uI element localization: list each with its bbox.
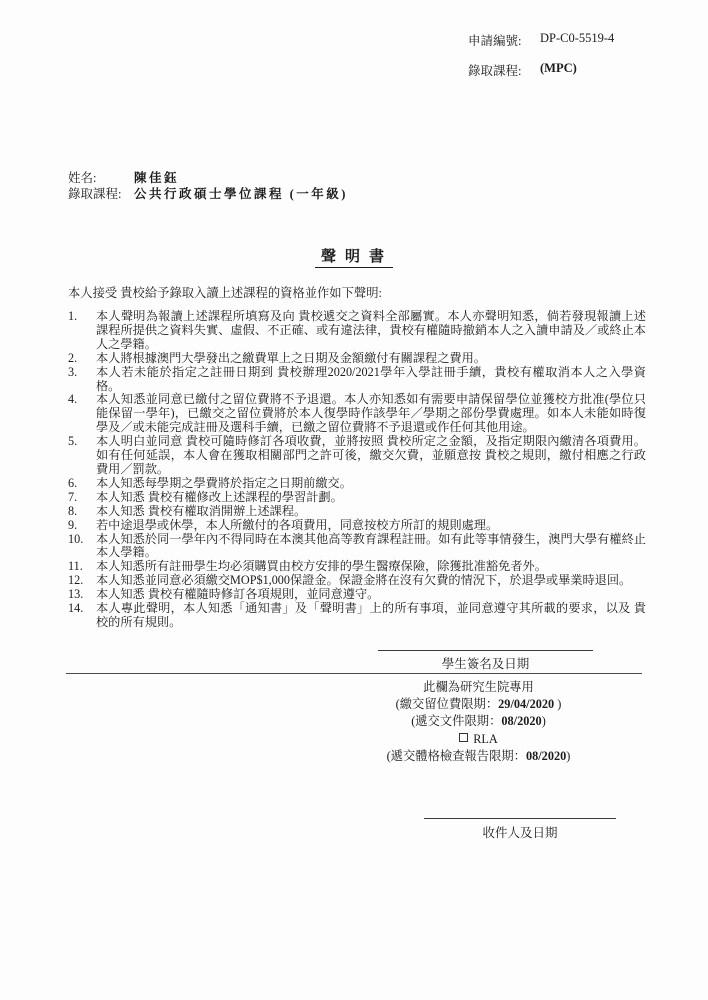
declaration-document-page: 申請編號: DP-C0-5519-4 錄取課程: (MPC) 姓名: 陳佳鈺 錄… <box>0 0 708 1000</box>
student-program-value: 公共行政碩士學位課程 (一年級) <box>134 187 348 203</box>
admitted-program-row: 錄取課程: (MPC) <box>468 61 614 79</box>
deposit-deadline-label: (繳交留位費限期： <box>396 697 498 711</box>
student-program-label: 錄取課程: <box>68 187 134 203</box>
document-title: 聲明書 <box>315 245 393 268</box>
declaration-item: 14. 本人專此聲明，本人知悉「通知書」及「聲明書」上的所有事項，並同意遵守其所… <box>68 602 646 630</box>
admitted-program-value: (MPC) <box>540 61 577 79</box>
documents-deadline-label: (遞交文件限期： <box>411 714 501 728</box>
item-number: 4. <box>68 393 96 435</box>
item-text: 本人知悉每學期之學費將於指定之日期前繳交。 <box>96 477 646 491</box>
student-program-row: 錄取課程: 公共行政碩士學位課程 (一年級) <box>68 187 348 203</box>
item-text: 本人知悉 貴校有權修改上述課程的學習計劃。 <box>96 491 646 505</box>
declaration-item: 8. 本人知悉 貴校有權取消開辦上述課程。 <box>68 505 646 519</box>
health-report-deadline-value: 08/2020 <box>526 749 566 763</box>
student-name-row: 姓名: 陳佳鈺 <box>68 171 348 187</box>
application-number-value: DP-C0-5519-4 <box>540 31 614 49</box>
student-signature-label: 學生簽名及日期 <box>378 651 593 672</box>
declaration-item: 3. 本人若未能於指定之註冊日期到 貴校辦理2020/2021學年入學註冊手續，… <box>68 366 646 394</box>
declaration-item: 10. 本人知悉於同一學年內不得同時在本澳其他高等教育課程註冊。如有此等事情發生… <box>68 533 646 561</box>
documents-deadline-value: 08/2020 <box>501 714 541 728</box>
rla-label: RLA <box>473 732 498 746</box>
student-info-block: 姓名: 陳佳鈺 錄取課程: 公共行政碩士學位課程 (一年級) <box>68 171 348 202</box>
documents-deadline-suffix: ) <box>542 714 546 728</box>
rla-checkbox <box>459 733 468 742</box>
declaration-item: 9. 若中途退學或休學，本人所繳付的各項費用，同意按校方所訂的規則處理。 <box>68 519 646 533</box>
item-number: 1. <box>68 310 96 352</box>
declaration-item: 7. 本人知悉 貴校有權修改上述課程的學習計劃。 <box>68 491 646 505</box>
item-number: 5. <box>68 435 96 477</box>
item-text: 本人知悉並同意已繳付之留位費將不予退還。本人亦知悉如有需要申請保留學位並獲校方批… <box>96 393 646 435</box>
student-signature-block: 學生簽名及日期 <box>378 650 593 672</box>
item-number: 9. <box>68 519 96 533</box>
item-text: 本人知悉 貴校有權隨時修訂各項規則，並同意遵守。 <box>96 588 646 602</box>
item-number: 12. <box>68 574 96 588</box>
item-number: 11. <box>68 560 96 574</box>
declaration-item: 4. 本人知悉並同意已繳付之留位費將不予退還。本人亦知悉如有需要申請保留學位並獲… <box>68 393 646 435</box>
deposit-deadline-suffix: ) <box>554 697 561 711</box>
item-text: 本人知悉 貴校有權取消開辦上述課程。 <box>96 505 646 519</box>
item-text: 本人專此聲明，本人知悉「通知書」及「聲明書」上的所有事項，並同意遵守其所載的要求… <box>96 602 646 630</box>
item-number: 7. <box>68 491 96 505</box>
health-report-deadline-suffix: ) <box>566 749 570 763</box>
section-divider-line <box>66 673 642 674</box>
item-number: 2. <box>68 352 96 366</box>
intro-sentence: 本人接受 貴校給予錄取入讀上述課程的資格並作如下聲明: <box>68 283 646 301</box>
student-name-value: 陳佳鈺 <box>134 171 179 187</box>
health-report-deadline-label: (遞交體格檢查報告限期： <box>387 749 526 763</box>
application-number-label: 申請編號: <box>468 31 540 49</box>
item-text: 本人知悉於同一學年內不得同時在本澳其他高等教育課程註冊。如有此等事情發生，澳門大… <box>96 533 646 561</box>
declaration-item: 2. 本人將根據澳門大學發出之繳費單上之日期及金額繳付有關課程之費用。 <box>68 352 646 366</box>
deposit-deadline-line: (繳交留位費限期：29/04/2020 ) <box>312 696 645 713</box>
item-number: 3. <box>68 366 96 394</box>
declaration-list: 1. 本人聲明為報讀上述課程所填寫及向 貴校遞交之資料全部屬實。本人亦聲明知悉，… <box>68 310 646 630</box>
item-number: 10. <box>68 533 96 561</box>
student-name-label: 姓名: <box>68 171 134 187</box>
declaration-item: 5. 本人明白並同意 貴校可隨時修訂各項收費，並將按照 貴校所定之金額，及指定期… <box>68 435 646 477</box>
application-header: 申請編號: DP-C0-5519-4 錄取課程: (MPC) <box>468 31 614 91</box>
item-text: 本人明白並同意 貴校可隨時修訂各項收費，並將按照 貴校所定之金額，及指定期限內繳… <box>96 435 646 477</box>
item-text: 本人將根據澳門大學發出之繳費單上之日期及金額繳付有關課程之費用。 <box>96 352 646 366</box>
office-use-title: 此欄為研究生院專用 <box>312 679 645 696</box>
deposit-deadline-value: 29/04/2020 <box>498 697 554 711</box>
item-number: 6. <box>68 477 96 491</box>
rla-checkbox-line: RLA <box>312 731 645 748</box>
declaration-item: 6. 本人知悉每學期之學費將於指定之日期前繳交。 <box>68 477 646 491</box>
item-text: 若中途退學或休學，本人所繳付的各項費用，同意按校方所訂的規則處理。 <box>96 519 646 533</box>
item-number: 8. <box>68 505 96 519</box>
item-text: 本人若未能於指定之註冊日期到 貴校辦理2020/2021學年入學註冊手續，貴校有… <box>96 366 646 394</box>
admitted-program-label: 錄取課程: <box>468 61 540 79</box>
declaration-item: 1. 本人聲明為報讀上述課程所填寫及向 貴校遞交之資料全部屬實。本人亦聲明知悉，… <box>68 310 646 352</box>
office-use-block: 此欄為研究生院專用 (繳交留位費限期：29/04/2020 ) (遞交文件限期：… <box>312 679 645 765</box>
declaration-item: 13. 本人知悉 貴校有權隨時修訂各項規則，並同意遵守。 <box>68 588 646 602</box>
item-number: 13. <box>68 588 96 602</box>
document-title-wrap: 聲明書 <box>0 245 708 268</box>
application-number-row: 申請編號: DP-C0-5519-4 <box>468 31 614 49</box>
item-text: 本人聲明為報讀上述課程所填寫及向 貴校遞交之資料全部屬實。本人亦聲明知悉，倘若發… <box>96 310 646 352</box>
documents-deadline-line: (遞交文件限期：08/2020) <box>312 713 645 730</box>
receiver-signature-label: 收件人及日期 <box>424 819 616 841</box>
health-report-deadline-line: (遞交體格檢查報告限期：08/2020) <box>312 748 645 765</box>
receiver-signature-block: 收件人及日期 <box>424 818 616 841</box>
item-number: 14. <box>68 602 96 630</box>
